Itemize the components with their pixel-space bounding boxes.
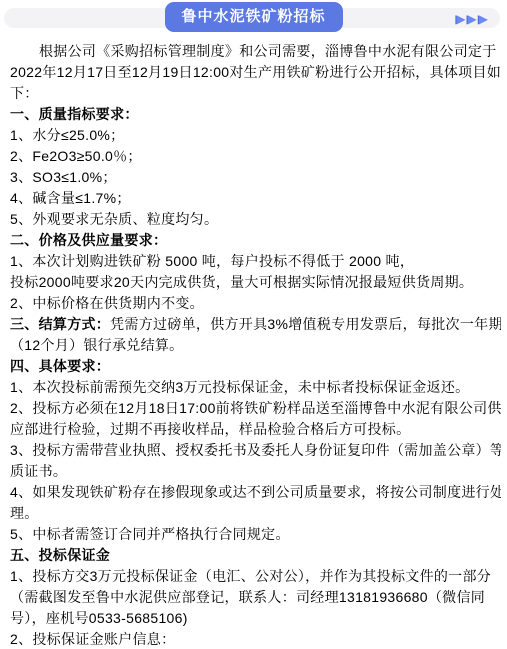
text-line: 下： (10, 83, 501, 104)
text-line: 1、水分≤25.0%； (10, 125, 501, 146)
text-line: 4、碱含量≤1.7%； (10, 188, 501, 209)
line-text: 3、投标方需带营业执照、授权委托书及委托人身份证复印件（需加盖公章）等纸 (10, 442, 501, 458)
text-line: 投标2000吨要求20天内完成供货，量大可根据实际情况报最短供货周期。 (10, 272, 501, 293)
line-text: 投标2000吨要求20天内完成供货，量大可根据实际情况报最短供货周期。 (10, 274, 473, 290)
line-text: 1、本次投标前需预先交纳3万元投标保证金，未中标者投标保证金返还。 (10, 379, 469, 395)
text-line: 1、本次投标前需预先交纳3万元投标保证金，未中标者投标保证金返还。 (10, 377, 501, 398)
bold-label: 二、价格及供应量要求： (10, 232, 167, 248)
text-line: 3、投标方需带营业执照、授权委托书及委托人身份证复印件（需加盖公章）等纸 (10, 440, 501, 461)
text-line: 理。 (10, 503, 501, 524)
line-text: 1、水分≤25.0%； (10, 127, 124, 143)
line-text: 2、投标保证金账户信息： (10, 631, 175, 647)
section-heading: 二、价格及供应量要求： (10, 230, 501, 251)
line-text: 下： (10, 85, 39, 101)
line-text: （12个月）银行承兑结算。 (10, 337, 183, 353)
line-text: 4、碱含量≤1.7%； (10, 190, 131, 206)
text-line: 根据公司《采购招标管理制度》和公司需要，淄博鲁中水泥有限公司定于 (10, 41, 501, 62)
line-text: 5、中标者需签订合同并严格执行合同规定。 (10, 526, 290, 542)
text-line: 1、本次计划购进铁矿粉 5000 吨，每户投标不得低于 2000 吨， (10, 251, 501, 272)
text-line: （需截图发至鲁中水泥供应部登记，联系人：司经理13181936680（微信同 (10, 587, 501, 608)
line-text: 3、SO3≤1.0%； (10, 169, 117, 185)
text-line: 应部进行检验，过期不再接收样品，样品检验合格后方可投标。 (10, 419, 501, 440)
text-line: 质证书。 (10, 461, 501, 482)
text-line: （12个月）银行承兑结算。 (10, 335, 501, 356)
line-text: 2、投标方必须在12月18日17:00前将铁矿粉样品送至淄博鲁中水泥有限公司供 (10, 400, 501, 416)
text-line: 2、投标保证金账户信息： (10, 629, 501, 649)
line-text: 4、如果发现铁矿粉存在掺假现象或达不到公司质量要求，将按公司制度进行处 (10, 484, 501, 500)
text-line: 2、中标价格在供货期内不变。 (10, 293, 501, 314)
text-line: 1、投标方交3万元投标保证金（电汇、公对公），并作为其投标文件的一部分 (10, 566, 501, 587)
line-text: 号），座机号0533-5685106) (10, 610, 188, 626)
text-line: 2、投标方必须在12月18日17:00前将铁矿粉样品送至淄博鲁中水泥有限公司供 (10, 398, 501, 419)
bold-label: 四、具体要求： (10, 358, 110, 374)
section-heading: 五、投标保证金 (10, 545, 501, 566)
line-text: 2、Fe2O3≥50.0％； (10, 148, 142, 164)
line-text: 根据公司《采购招标管理制度》和公司需要，淄博鲁中水泥有限公司定于 (39, 43, 497, 59)
text-line: 4、如果发现铁矿粉存在掺假现象或达不到公司质量要求，将按公司制度进行处 (10, 482, 501, 503)
line-text: 理。 (10, 505, 39, 521)
section-heading: 四、具体要求： (10, 356, 501, 377)
line-text: （需截图发至鲁中水泥供应部登记，联系人：司经理13181936680（微信同 (10, 589, 485, 605)
bold-label: 三、结算方式： (10, 316, 110, 332)
text-line: 三、结算方式：凭需方过磅单，供方开具3%增值税专用发票后，每批次一年期 (10, 314, 501, 335)
line-text: 应部进行检验，过期不再接收样品，样品检验合格后方可投标。 (10, 421, 410, 437)
page-background: 鲁中水泥铁矿粉招标 ▶▶▶ 根据公司《采购招标管理制度》和公司需要，淄博鲁中水泥… (0, 0, 507, 649)
text-line: 2022年12月17日至12月19日12:00对生产用铁矿粉进行公开招标，具体项… (10, 62, 501, 83)
text-line: 号），座机号0533-5685106) (10, 608, 501, 629)
text-line: 3、SO3≤1.0%； (10, 167, 501, 188)
line-text: 5、外观要求无杂质、粒度均匀。 (10, 211, 218, 227)
line-text: 1、投标方交3万元投标保证金（电汇、公对公），并作为其投标文件的一部分 (10, 568, 491, 584)
text-line: 5、中标者需签订合同并严格执行合同规定。 (10, 524, 501, 545)
line-text: 凭需方过磅单，供方开具3%增值税专用发票后，每批次一年期 (110, 316, 501, 332)
line-text: 质证书。 (10, 463, 67, 479)
bold-label: 五、投标保证金 (10, 547, 110, 563)
triple-forward-arrow-icon[interactable]: ▶▶▶ (456, 9, 490, 29)
text-line: 2、Fe2O3≥50.0％； (10, 146, 501, 167)
line-text: 2022年12月17日至12月19日12:00对生产用铁矿粉进行公开招标，具体项… (10, 64, 501, 80)
section-heading: 一、质量指标要求： (10, 104, 501, 125)
text-line: 5、外观要求无杂质、粒度均匀。 (10, 209, 501, 230)
bold-label: 一、质量指标要求： (10, 106, 139, 122)
line-text: 2、中标价格在供货期内不变。 (10, 295, 204, 311)
page-title-badge: 鲁中水泥铁矿粉招标 (164, 2, 342, 32)
line-text: 1、本次计划购进铁矿粉 5000 吨，每户投标不得低于 2000 吨， (10, 253, 414, 269)
document-body: 根据公司《采购招标管理制度》和公司需要，淄博鲁中水泥有限公司定于2022年12月… (10, 41, 501, 649)
